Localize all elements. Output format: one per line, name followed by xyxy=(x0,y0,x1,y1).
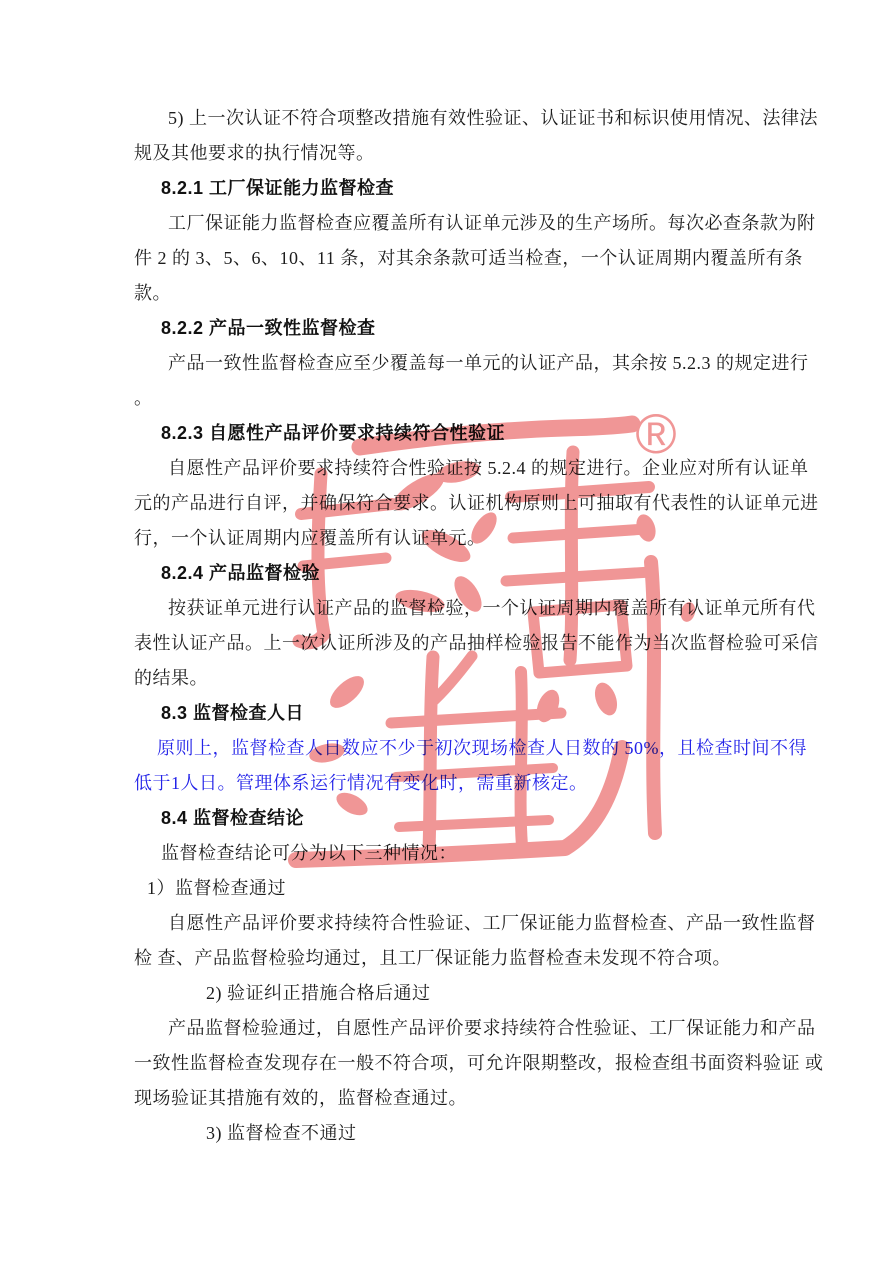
list-item-3: 3) 监督检查不通过 xyxy=(0,1116,893,1151)
doc-line: 规及其他要求的执行情况等。 xyxy=(0,136,893,171)
doc-line: 按获证单元进行认证产品的监督检验，一个认证周期内覆盖所有认证单元所有代 xyxy=(0,591,893,626)
doc-line: 5) 上一次认证不符合项整改措施有效性验证、认证证书和标识使用情况、法律法 xyxy=(0,101,893,136)
doc-line: 的结果。 xyxy=(0,661,893,696)
section-heading-824: 8.2.4 产品监督检验 xyxy=(0,556,893,591)
doc-line: 现场验证其措施有效的，监督检查通过。 xyxy=(0,1081,893,1116)
doc-line: 产品监督检验通过，自愿性产品评价要求持续符合性验证、工厂保证能力和产品 xyxy=(0,1011,893,1046)
section-heading-84: 8.4 监督检查结论 xyxy=(0,801,893,836)
doc-line: 款。 xyxy=(0,276,893,311)
doc-line: 一致性监督检查发现存在一般不符合项，可允许限期整改，报检查组书面资料验证 或 xyxy=(0,1046,893,1081)
section-heading-822: 8.2.2 产品一致性监督检查 xyxy=(0,311,893,346)
section-heading-821: 8.2.1 工厂保证能力监督检查 xyxy=(0,171,893,206)
document-page: 5) 上一次认证不符合项整改措施有效性验证、认证证书和标识使用情况、法律法 规及… xyxy=(0,0,893,1263)
list-item-1: 1）监督检查通过 xyxy=(0,871,893,906)
doc-line: 行，一个认证周期内应覆盖所有认证单元。 xyxy=(0,521,893,556)
doc-line: 表性认证产品。上一次认证所涉及的产品抽样检验报告不能作为当次监督检验可采信 xyxy=(0,626,893,661)
section-heading-83: 8.3 监督检查人日 xyxy=(0,696,893,731)
doc-line: 工厂保证能力监督检查应覆盖所有认证单元涉及的生产场所。每次必查条款为附 xyxy=(0,206,893,241)
doc-line: 监督检查结论可分为以下三种情况： xyxy=(0,836,893,871)
blue-note-line: 低于1人日。管理体系运行情况有变化时，需重新核定。 xyxy=(0,766,893,801)
doc-line: 检 查、产品监督检验均通过，且工厂保证能力监督检查未发现不符合项。 xyxy=(0,941,893,976)
blue-note-line: 原则上，监督检查人日数应不少于初次现场检查人日数的 50%，且检查时间不得 xyxy=(0,731,893,766)
doc-line: 元的产品进行自评，并确保符合要求。认证机构原则上可抽取有代表性的认证单元进 xyxy=(0,486,893,521)
doc-line: 自愿性产品评价要求持续符合性验证、工厂保证能力监督检查、产品一致性监督 xyxy=(0,906,893,941)
document-text-block: 5) 上一次认证不符合项整改措施有效性验证、认证证书和标识使用情况、法律法 规及… xyxy=(0,101,893,1151)
section-heading-823: 8.2.3 自愿性产品评价要求持续符合性验证 xyxy=(0,416,893,451)
doc-line: 。 xyxy=(0,381,893,416)
doc-line: 产品一致性监督检查应至少覆盖每一单元的认证产品，其余按 5.2.3 的规定进行 xyxy=(0,346,893,381)
list-item-2: 2) 验证纠正措施合格后通过 xyxy=(0,976,893,1011)
doc-line: 自愿性产品评价要求持续符合性验证按 5.2.4 的规定进行。企业应对所有认证单 xyxy=(0,451,893,486)
doc-line: 件 2 的 3、5、6、10、11 条，对其余条款可适当检查，一个认证周期内覆盖… xyxy=(0,241,893,276)
